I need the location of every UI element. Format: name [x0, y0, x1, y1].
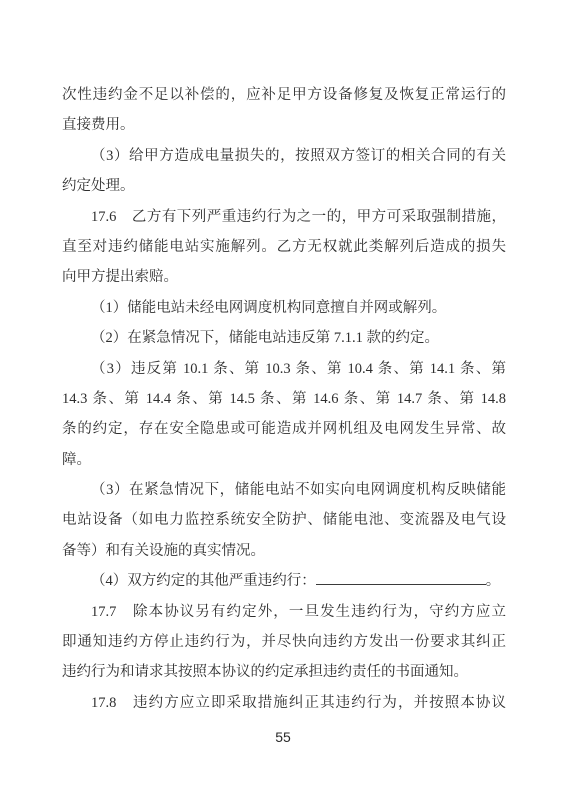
text-line: 条的约定，存在安全隐患或可能造成并网机组及电网发生异常、故	[62, 414, 506, 444]
clause-17-8-line: 17.8 违约方应立即采取措施纠正其违约行为，并按照本协议	[62, 688, 506, 718]
blank-line-label: （4）双方约定的其他严重违约行：	[91, 573, 316, 589]
text-line: 障。	[62, 445, 506, 475]
text-line: 备等）和有关设施的真实情况。	[62, 536, 506, 566]
blank-line-period: 。	[486, 573, 501, 589]
page-number: 55	[0, 728, 566, 746]
subclause-3-line: （3）违反第 10.1 条、第 10.3 条、第 10.4 条、第 14.1 条…	[62, 354, 506, 384]
text-line: 违约行为和请求其按照本协议的约定承担违约责任的书面通知。	[62, 657, 506, 687]
text-line: （3）给甲方造成电量损失的，按照双方签订的相关合同的有关	[62, 141, 506, 171]
text-line: 14.3 条、第 14.4 条、第 14.5 条、第 14.6 条、第 14.7…	[62, 384, 506, 414]
subclause-1-line: （1）储能电站未经电网调度机构同意擅自并网或解列。	[62, 293, 506, 323]
text-line: 次性违约金不足以补偿的，应补足甲方设备修复及恢复正常运行的	[62, 80, 506, 110]
fill-in-blank-underline	[316, 583, 486, 585]
text-line: 约定处理。	[62, 171, 506, 201]
clause-17-7-line: 17.7 除本协议另有约定外，一旦发生违约行为，守约方应立	[62, 597, 506, 627]
text-line: 直至对违约储能电站实施解列。乙方无权就此类解列后造成的损失	[62, 232, 506, 262]
subclause-2-line: （2）在紧急情况下，储能电站违反第 7.1.1 款的约定。	[62, 323, 506, 353]
text-line: 即通知违约方停止违约行为，并尽快向违约方发出一份要求其纠正	[62, 627, 506, 657]
subclause-4-blank-line: （4）双方约定的其他严重违约行：。	[62, 566, 506, 596]
text-line: 电站设备（如电力监控系统安全防护、储能电池、变流器及电气设	[62, 505, 506, 535]
clause-17-6-line: 17.6 乙方有下列严重违约行为之一的，甲方可采取强制措施，	[62, 202, 506, 232]
text-line: 向甲方提出索赔。	[62, 262, 506, 292]
text-line: 直接费用。	[62, 110, 506, 140]
document-page: 次性违约金不足以补偿的，应补足甲方设备修复及恢复正常运行的 直接费用。 （3）给…	[0, 0, 566, 800]
contract-text-body: 次性违约金不足以补偿的，应补足甲方设备修复及恢复正常运行的 直接费用。 （3）给…	[62, 80, 506, 718]
subclause-3b-line: （3）在紧急情况下，储能电站不如实向电网调度机构反映储能	[62, 475, 506, 505]
